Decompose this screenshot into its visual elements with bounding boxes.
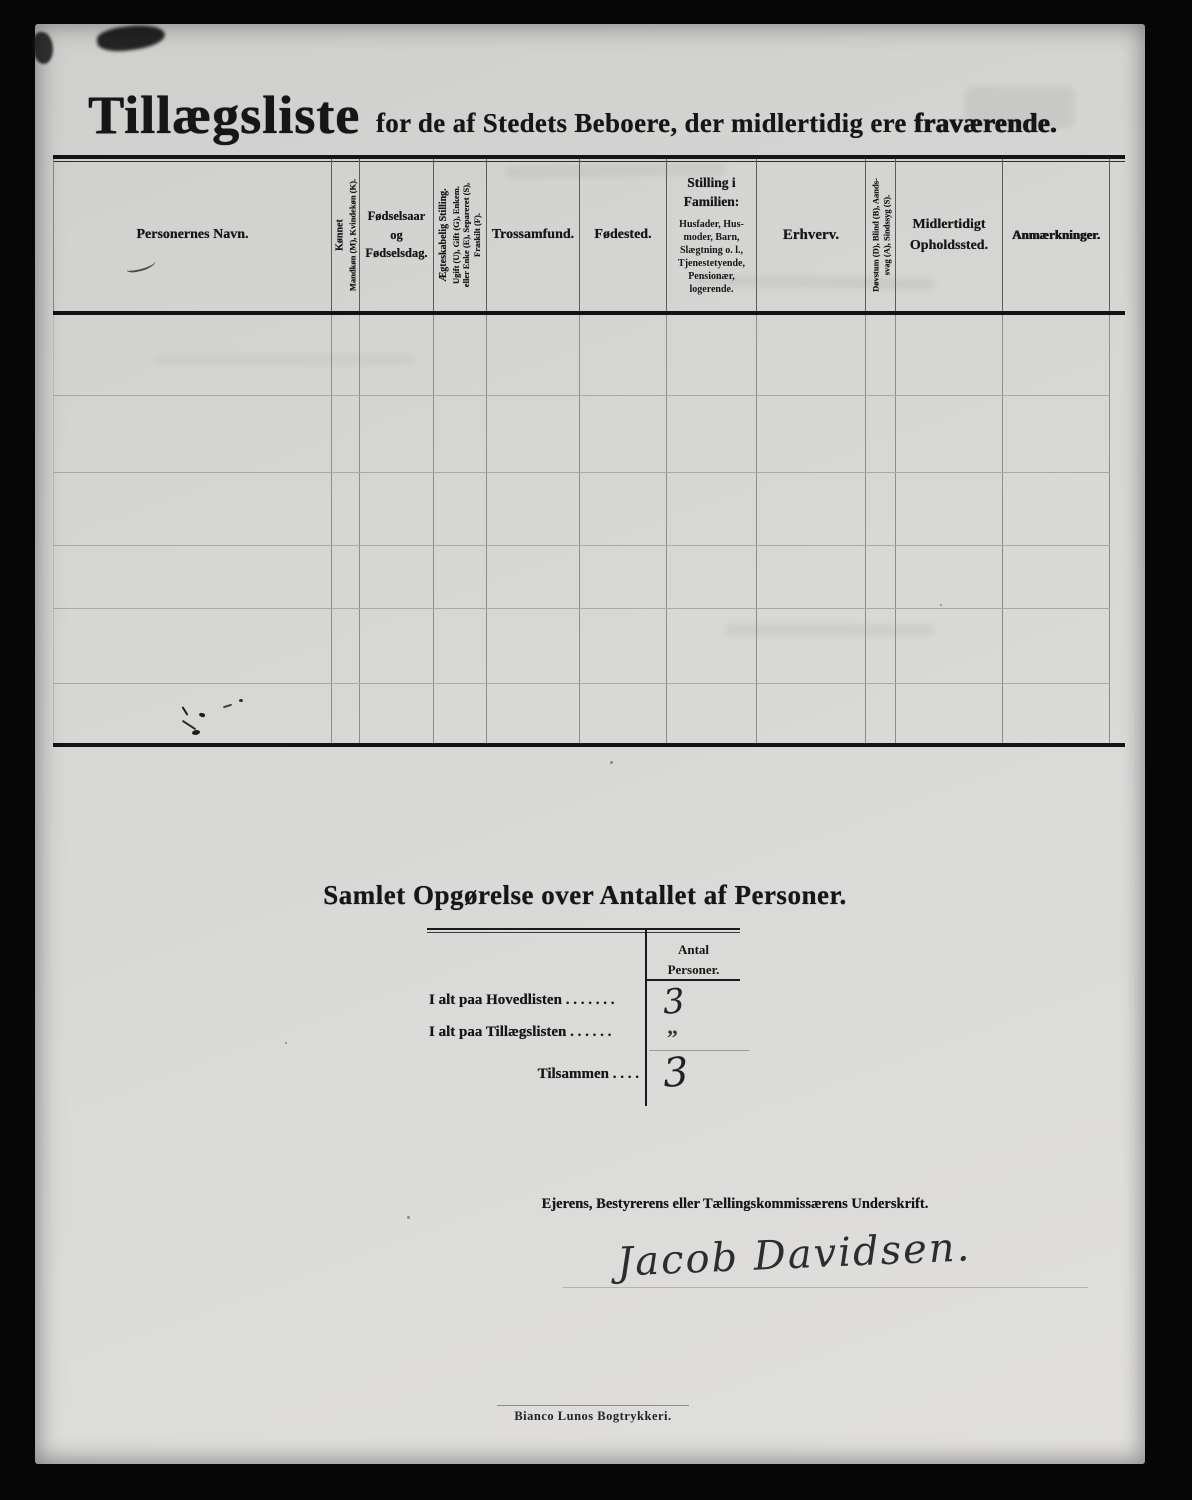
scanned-census-form: Tillægsliste for de af Stedets Beboere, … (35, 24, 1145, 1464)
column-header-erhverv: Erhverv. (757, 159, 866, 311)
handwritten-signature: Jacob Davidsen. (616, 1224, 972, 1285)
body-column-doevstum (866, 315, 896, 743)
subtitle-text: for de af Stedets Beboere, der midlertid… (376, 108, 907, 138)
summary-row-tilsammen: Tilsammen . . . . (427, 1066, 639, 1083)
ink-splatter (192, 730, 200, 735)
body-column-stilling (667, 315, 757, 743)
body-column-erhverv (757, 315, 866, 743)
paper-speck (407, 1216, 410, 1219)
ink-splatter (223, 704, 232, 709)
column-header-doevstum: Døvstum (D), Blind (B), Aands- svag (A),… (866, 159, 896, 311)
census-table: Personernes Navn. Kønnet Mandkøn (M), Kv… (53, 155, 1125, 747)
body-column-trossamfund (487, 315, 580, 743)
column-header-stilling-i-familien: Stilling i Familien: Husfader, Hus- mode… (667, 159, 757, 311)
table-body (53, 315, 1125, 743)
ink-splatter (198, 712, 205, 718)
pen-squiggle (125, 257, 157, 274)
body-column-koennet (332, 315, 360, 743)
page-subtitle: for de af Stedets Beboere, der midlertid… (376, 110, 1057, 137)
column-header-koennet: Kønnet Mandkøn (M), Kvindekøn (K). (332, 159, 360, 311)
printer-imprint: Bianco Lunos Bogtrykkeri. (393, 1409, 793, 1424)
page-title: Tillægsliste (88, 88, 360, 142)
body-column-anmaerkninger (1003, 315, 1110, 743)
column-header-midlertidigt-opholdssted: Midlertidigt Opholdssted. (896, 159, 1003, 311)
column-header-trossamfund: Trossamfund. (487, 159, 580, 311)
column-header-foedested: Fødested. (580, 159, 667, 311)
summary-row-tillaegslisten: I alt paa Tillægslisten . . . . . . (429, 1024, 611, 1041)
summary-table: Antal Personer. I alt paa Hovedlisten . … (427, 928, 740, 1106)
table-row-rule (53, 608, 1110, 609)
table-header-row: Personernes Navn. Kønnet Mandkøn (M), Kv… (53, 159, 1125, 315)
body-column-aegteskabelig (434, 315, 487, 743)
table-row-rule (53, 683, 1110, 684)
summary-title: Samlet Opgørelse over Antallet af Person… (35, 880, 1135, 911)
table-row-rule (53, 395, 1110, 396)
handwritten-ditto-tillaegslisten: „ (667, 1014, 678, 1040)
column-header-anmaerkninger: Anmærkninger. (1003, 159, 1110, 311)
scan-smudge (96, 22, 166, 54)
paper-speck (285, 1042, 287, 1044)
summary-header-rule (647, 979, 740, 981)
summary-value-header: Antal Personer. (647, 940, 740, 979)
scan-smudge (33, 32, 53, 64)
table-row-rule (53, 472, 1110, 473)
ink-splatter (182, 706, 189, 716)
body-column-foedselsaar (360, 315, 434, 743)
ink-splatter (182, 720, 197, 730)
column-header-foedselsaar: Fødselsaar og Fødselsdag. (360, 159, 434, 311)
table-row-rule (53, 545, 1110, 546)
body-column-navn (53, 315, 332, 743)
column-header-aegteskabelig-stilling: Ægteskabelig Stilling. Ugift (U), Gift (… (434, 159, 487, 311)
column-header-personernes-navn: Personernes Navn. (53, 159, 332, 311)
ink-splatter (239, 699, 243, 702)
handwritten-count-tilsammen: 3 (661, 1049, 690, 1097)
summary-row-hovedlisten: I alt paa Hovedlisten . . . . . . . (429, 992, 614, 1009)
signature-baseline (563, 1287, 1088, 1288)
printer-rule (497, 1405, 689, 1406)
signature-label: Ejerens, Bestyrerens eller Tællingskommi… (375, 1196, 1095, 1213)
subtitle-emphasis: fraværende. (914, 108, 1057, 138)
body-column-opholdssted (896, 315, 1003, 743)
body-column-foedested (580, 315, 667, 743)
paper-speck (610, 761, 613, 764)
